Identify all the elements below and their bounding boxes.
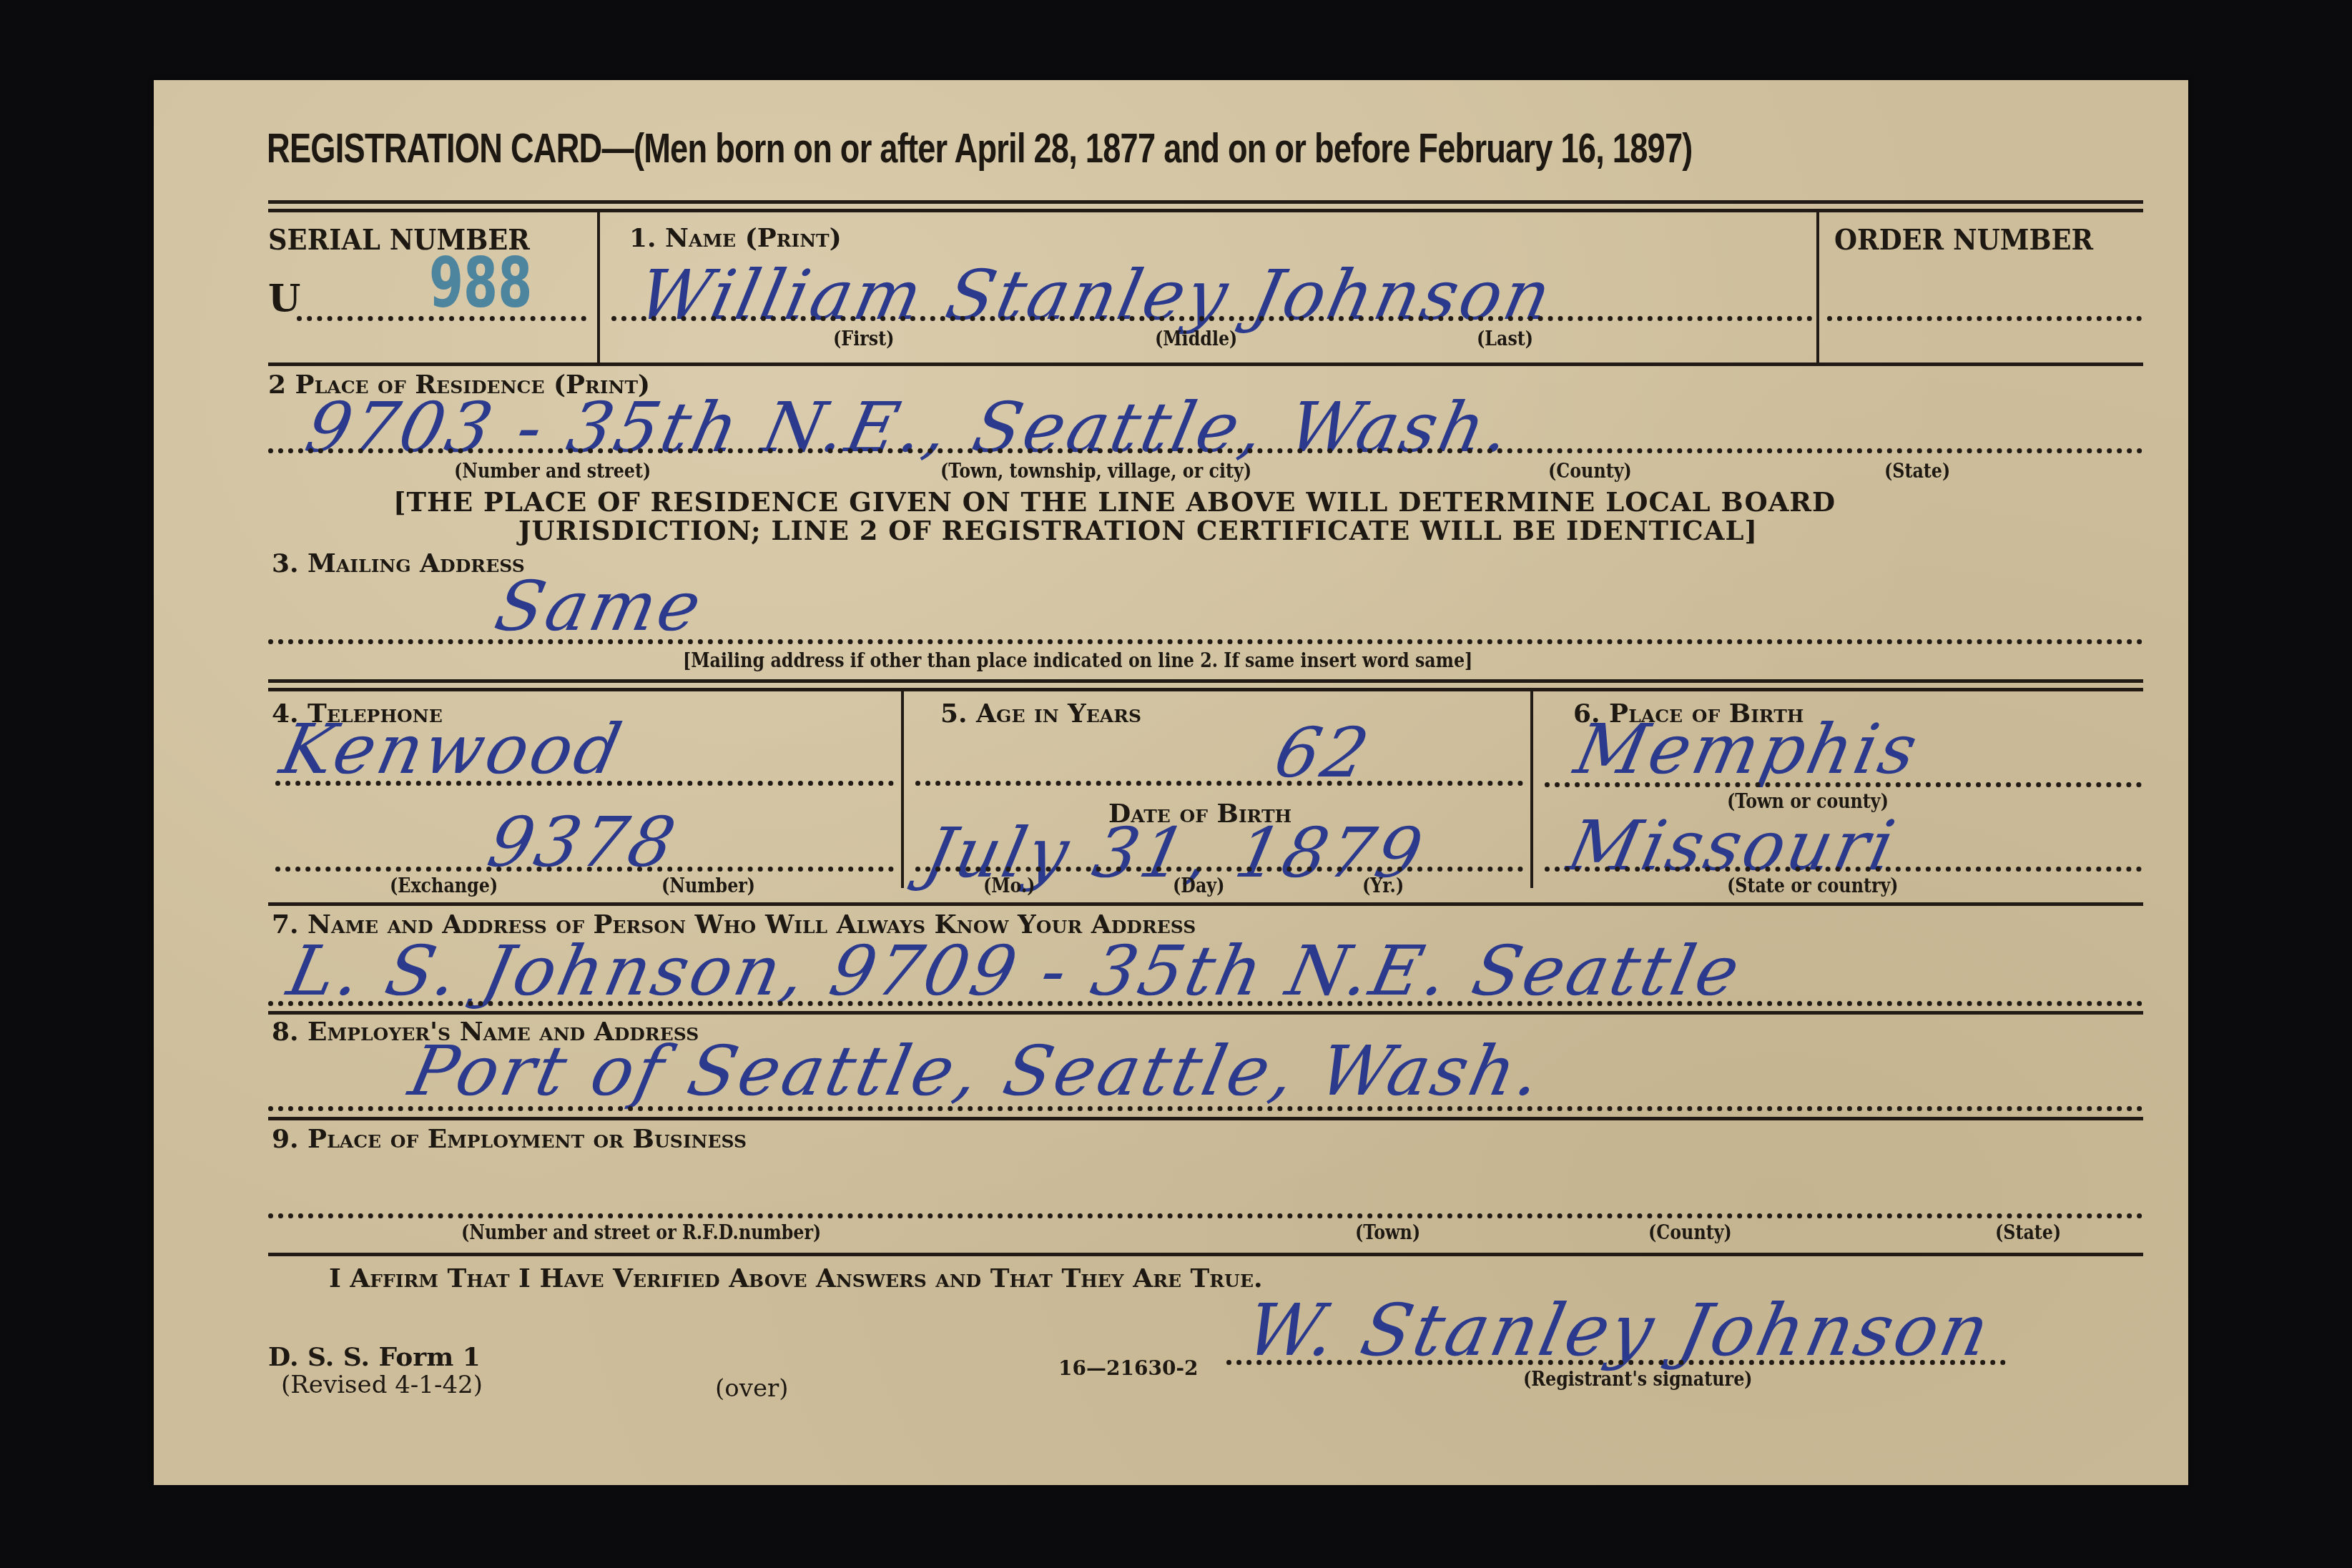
residence-street-label: (Number and street) [454, 459, 651, 483]
mailing-address-value: Same [488, 566, 711, 646]
signature-label: (Registrant's signature) [1523, 1367, 1753, 1391]
age-label: 5. Age in Years [940, 699, 1141, 729]
residence-notice-line2: JURISDICTION; LINE 2 OF REGISTRATION CER… [518, 515, 1758, 546]
order-number-label: ORDER NUMBER [1834, 223, 2093, 257]
over-note: (over) [715, 1374, 789, 1403]
residence-town-label: (Town, township, village, or city) [940, 459, 1251, 483]
employment-state-label: (State) [1995, 1221, 2061, 1244]
residence-line [268, 448, 2143, 453]
contact-line [268, 1001, 2143, 1006]
mailing-address-label: 3. Mailing Address [272, 548, 525, 578]
birth-state-line [1545, 867, 2142, 872]
dob-day-label: (Day) [1173, 874, 1224, 897]
residence-county-label: (County) [1548, 459, 1632, 483]
birth-town-line [1545, 782, 2142, 787]
signature-line [1226, 1360, 2006, 1365]
order-number-line [1827, 316, 2142, 321]
employer-line [268, 1106, 2143, 1111]
top-rule-1 [268, 200, 2143, 204]
registration-card: REGISTRATION CARD—(Men born on or after … [154, 80, 2188, 1485]
top-rule-2 [268, 209, 2143, 212]
employer-value: Port of Seattle, Seattle, Wash. [403, 1031, 1550, 1111]
residence-notice-line1: [THE PLACE OF RESIDENCE GIVEN ON THE LIN… [393, 486, 1836, 518]
employment-town-label: (Town) [1355, 1221, 1420, 1244]
telephone-exchange-value: Kenwood [274, 709, 631, 789]
telephone-number-label: (Number) [661, 874, 755, 897]
divider [1816, 212, 1819, 363]
residence-state-label: (State) [1884, 459, 1950, 483]
divider [1530, 691, 1533, 888]
name-first-label: (First) [833, 327, 894, 350]
rule [268, 688, 2143, 691]
name-line [611, 316, 1813, 321]
name-middle-label: (Middle) [1155, 327, 1237, 350]
employment-place-label: 9. Place of Employment or Business [272, 1124, 747, 1154]
dob-month-label: (Mo.) [983, 874, 1035, 897]
mailing-address-note: [Mailing address if other than place ind… [683, 649, 1472, 672]
print-code: 16—21630-2 [1058, 1356, 1198, 1380]
divider [901, 691, 904, 888]
divider [597, 212, 600, 363]
dob-line [915, 867, 1523, 872]
telephone-line-2 [275, 867, 894, 872]
birth-town-value: Memphis [1568, 709, 1927, 789]
employment-street-label: (Number and street or R.F.D.number) [461, 1221, 821, 1244]
name-label: 1. Name (Print) [629, 223, 842, 253]
rule [268, 1117, 2143, 1120]
serial-line [297, 316, 586, 321]
form-number: D. S. S. Form 1 [268, 1342, 481, 1372]
telephone-line-1 [275, 781, 894, 786]
birth-state-label: (State or country) [1727, 874, 1899, 897]
residence-value: 9703 - 35th N.E., Seattle, Wash. [299, 388, 1520, 468]
telephone-exchange-label: (Exchange) [390, 874, 498, 897]
dob-year-label: (Yr.) [1362, 874, 1404, 897]
contact-person-value: L. S. Johnson, 9709 - 35th N.E. Seattle [281, 931, 1749, 1011]
affirmation-text: I Affirm That I Have Verified Above Answ… [329, 1263, 1263, 1293]
name-last-label: (Last) [1477, 327, 1533, 350]
rule [268, 679, 2143, 683]
age-line [915, 781, 1523, 786]
serial-number-value: 988 [429, 243, 532, 323]
rule [268, 363, 2143, 366]
card-title: REGISTRATION CARD—(Men born on or after … [267, 124, 1693, 172]
form-revised: (Revised 4-1-42) [281, 1371, 483, 1399]
rule [268, 902, 2143, 906]
rule [268, 1253, 2143, 1256]
serial-prefix: U [268, 277, 300, 320]
employment-county-label: (County) [1648, 1221, 1732, 1244]
name-value: William Stanley Johnson [631, 255, 1560, 335]
rule [268, 1011, 2143, 1015]
mailing-line [268, 639, 2143, 644]
employment-line [268, 1213, 2143, 1218]
